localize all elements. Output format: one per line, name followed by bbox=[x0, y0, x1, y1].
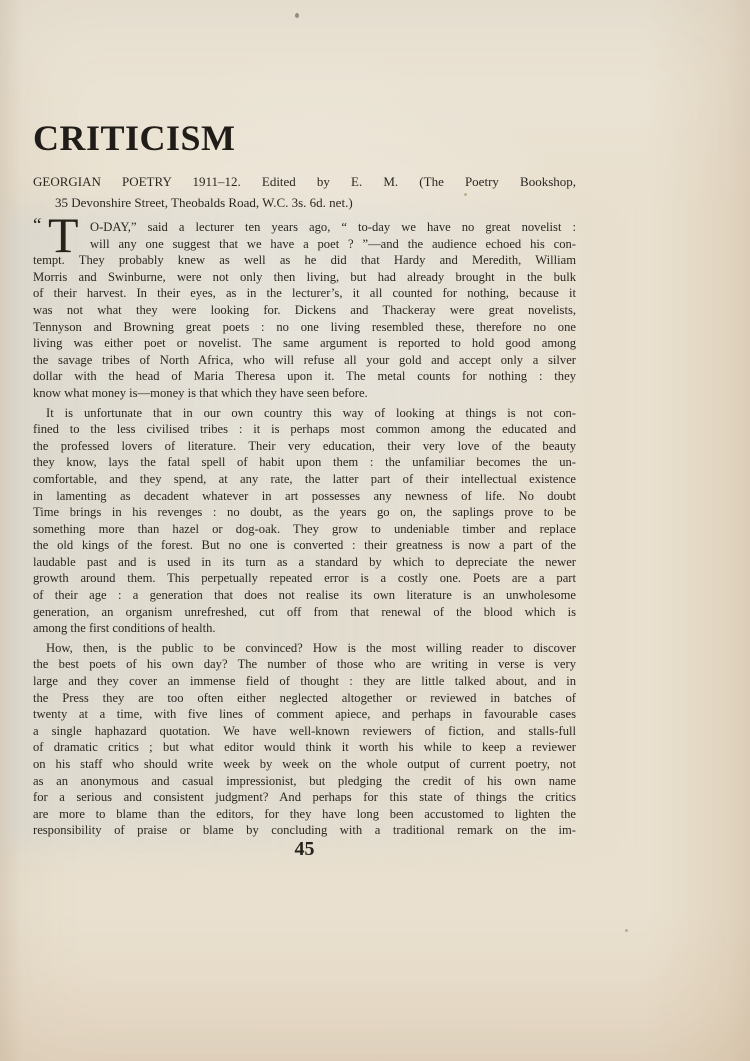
citation-line-1: GEORGIAN POETRY 1911–12. Edited by E. M.… bbox=[33, 172, 576, 193]
text-line: for a serious and consistent judgment? A… bbox=[33, 789, 576, 806]
paragraph: O-DAY,” said a lecturer ten years ago, “… bbox=[33, 219, 576, 402]
text-line: How, then, is the public to be convinced… bbox=[33, 640, 576, 657]
text-line: of their harvest. In their eyes, as in t… bbox=[33, 285, 576, 302]
text-line: living was either poet or novelist. The … bbox=[33, 335, 576, 352]
text-line: tempt. They probably knew as well as he … bbox=[33, 252, 576, 269]
text-line: It is unfortunate that in our own countr… bbox=[33, 405, 576, 422]
paragraph: How, then, is the public to be convinced… bbox=[33, 640, 576, 839]
text-line: know what money is—money is that which t… bbox=[33, 385, 576, 402]
text-line: laudable past and is used in its turn as… bbox=[33, 554, 576, 571]
text-line: growth around them. This perpetually rep… bbox=[33, 570, 576, 587]
text-line: the old kings of the forest. But no one … bbox=[33, 537, 576, 554]
text-line: O-DAY,” said a lecturer ten years ago, “… bbox=[33, 219, 576, 236]
text-line: Morris and Swinburne, were not only then… bbox=[33, 269, 576, 286]
text-line: will any one suggest that we have a poet… bbox=[33, 236, 576, 253]
page-title: CRITICISM bbox=[33, 118, 576, 158]
text-line: responsibility of praise or blame by con… bbox=[33, 822, 576, 839]
text-line: twenty at a time, with five lines of com… bbox=[33, 706, 576, 723]
paper-speck bbox=[625, 929, 628, 932]
text-line: on his staff who should write week by we… bbox=[33, 756, 576, 773]
text-line: the best poets of his own day? The numbe… bbox=[33, 656, 576, 673]
text-line: are more to blame than the editors, for … bbox=[33, 806, 576, 823]
text-line: among the first conditions of health. bbox=[33, 620, 576, 637]
text-line: in lamenting as decadent whatever in art… bbox=[33, 488, 576, 505]
text-line: of their age : a generation that does no… bbox=[33, 587, 576, 604]
text-line: something more than hazel or dog-oak. Th… bbox=[33, 521, 576, 538]
text-line: dollar with the head of Maria Theresa up… bbox=[33, 368, 576, 385]
body-text: “ T O-DAY,” said a lecturer ten years ag… bbox=[33, 219, 576, 839]
text-line: the savage tribes of North Africa, who w… bbox=[33, 352, 576, 369]
text-line: they know, lays the fatal spell of habit… bbox=[33, 454, 576, 471]
citation-block: GEORGIAN POETRY 1911–12. Edited by E. M.… bbox=[33, 172, 576, 213]
text-line: as an anonymous and casual impressionist… bbox=[33, 773, 576, 790]
text-line: a single haphazard quotation. We have we… bbox=[33, 723, 576, 740]
text-line: the Press they are too often either negl… bbox=[33, 690, 576, 707]
text-line: was not what they were looking for. Dick… bbox=[33, 302, 576, 319]
text-line: Time brings in his revenges : no doubt, … bbox=[33, 504, 576, 521]
text-line: Tennyson and Browning great poets : no o… bbox=[33, 319, 576, 336]
book-page: CRITICISM GEORGIAN POETRY 1911–12. Edite… bbox=[0, 0, 750, 1061]
text-line: generation, an organism unrefreshed, cut… bbox=[33, 604, 576, 621]
text-line: comfortable, and they spend, at any rate… bbox=[33, 471, 576, 488]
text-line: of dramatic critics ; but what editor wo… bbox=[33, 739, 576, 756]
paragraph: It is unfortunate that in our own countr… bbox=[33, 405, 576, 637]
paper-speck bbox=[295, 13, 299, 18]
text-line: fined to the less civilised tribes : it … bbox=[33, 421, 576, 438]
text-line: the professed lovers of literature. Thei… bbox=[33, 438, 576, 455]
page-number: 45 bbox=[33, 838, 576, 861]
citation-line-2: 35 Devonshire Street, Theobalds Road, W.… bbox=[33, 193, 576, 214]
text-line: large and they cover an immense field of… bbox=[33, 673, 576, 690]
